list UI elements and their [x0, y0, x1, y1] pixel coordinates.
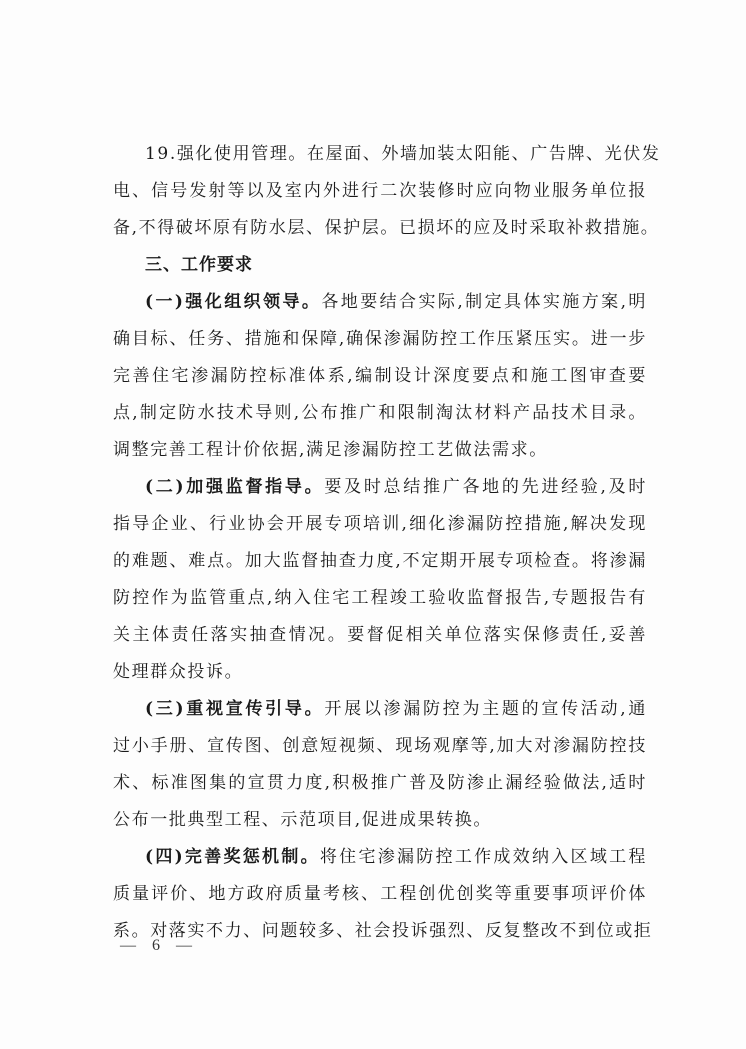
subsection-text: 开展以渗漏防控为主题的宣传活动,通: [324, 699, 647, 719]
paragraph-line: 19.强化使用管理。在屋面、外墙加装太阳能、广告牌、光伏发: [113, 136, 647, 173]
paragraph-line: 确目标、任务、措施和保障,确保渗漏防控工作压紧压实。进一步: [113, 321, 647, 358]
page-number: — 6 —: [120, 937, 198, 955]
subsection-text: 要及时总结推广各地的先进经验,及时: [324, 477, 647, 497]
paragraph-line: 的难题、难点。加大监督抽查力度,不定期开展专项检查。将渗漏: [113, 543, 647, 580]
document-page: 19.强化使用管理。在屋面、外墙加装太阳能、广告牌、光伏发 电、信号发射等以及室…: [0, 0, 746, 1049]
paragraph-line: (四)完善奖惩机制。将住宅渗漏防控工作成效纳入区域工程: [113, 839, 647, 876]
subsection-text: 将住宅渗漏防控工作成效纳入区域工程: [320, 847, 647, 867]
paragraph-line: 关主体责任落实抽查情况。要督促相关单位落实保修责任,妥善: [113, 617, 647, 654]
item-text: 在屋面、外墙加装太阳能、广告牌、光伏发: [307, 144, 660, 164]
paragraph-line: 防控作为监管重点,纳入住宅工程竣工验收监督报告,专题报告有: [113, 580, 647, 617]
document-body: 19.强化使用管理。在屋面、外墙加装太阳能、广告牌、光伏发 电、信号发射等以及室…: [113, 136, 647, 950]
paragraph-line: 过小手册、宣传图、创意短视频、现场观摩等,加大对渗漏防控技: [113, 728, 647, 765]
paragraph-line: (一)强化组织领导。各地要结合实际,制定具体实施方案,明: [113, 284, 647, 321]
section-heading: 三、工作要求: [113, 247, 647, 284]
paragraph-line: 术、标准图集的宣贯力度,积极推广普及防渗止漏经验做法,适时: [113, 765, 647, 802]
subsection-lead: (二)加强监督指导。: [145, 477, 324, 497]
item-lead: 19.强化使用管理。: [145, 144, 307, 164]
subsection-lead: (三)重视宣传引导。: [145, 699, 324, 719]
paragraph-line: 备,不得破坏原有防水层、保护层。已损坏的应及时采取补救措施。: [113, 210, 647, 247]
paragraph-line: (二)加强监督指导。要及时总结推广各地的先进经验,及时: [113, 469, 647, 506]
paragraph-line: 质量评价、地方政府质量考核、工程创优创奖等重要事项评价体: [113, 876, 647, 913]
paragraph-line: 公布一批典型工程、示范项目,促进成果转换。: [113, 802, 647, 839]
paragraph-line: 调整完善工程计价依据,满足渗漏防控工艺做法需求。: [113, 432, 647, 469]
paragraph-line: 完善住宅渗漏防控标准体系,编制设计深度要点和施工图审查要: [113, 358, 647, 395]
paragraph-line: 电、信号发射等以及室内外进行二次装修时应向物业服务单位报: [113, 173, 647, 210]
subsection-lead: (一)强化组织领导。: [145, 292, 321, 312]
paragraph-line: 指导企业、行业协会开展专项培训,细化渗漏防控措施,解决发现: [113, 506, 647, 543]
paragraph-line: (三)重视宣传引导。开展以渗漏防控为主题的宣传活动,通: [113, 691, 647, 728]
subsection-text: 各地要结合实际,制定具体实施方案,明: [321, 292, 647, 312]
paragraph-line: 点,制定防水技术导则,公布推广和限制淘汰材料产品技术目录。: [113, 395, 647, 432]
subsection-lead: (四)完善奖惩机制。: [145, 847, 320, 867]
paragraph-line: 处理群众投诉。: [113, 654, 647, 691]
